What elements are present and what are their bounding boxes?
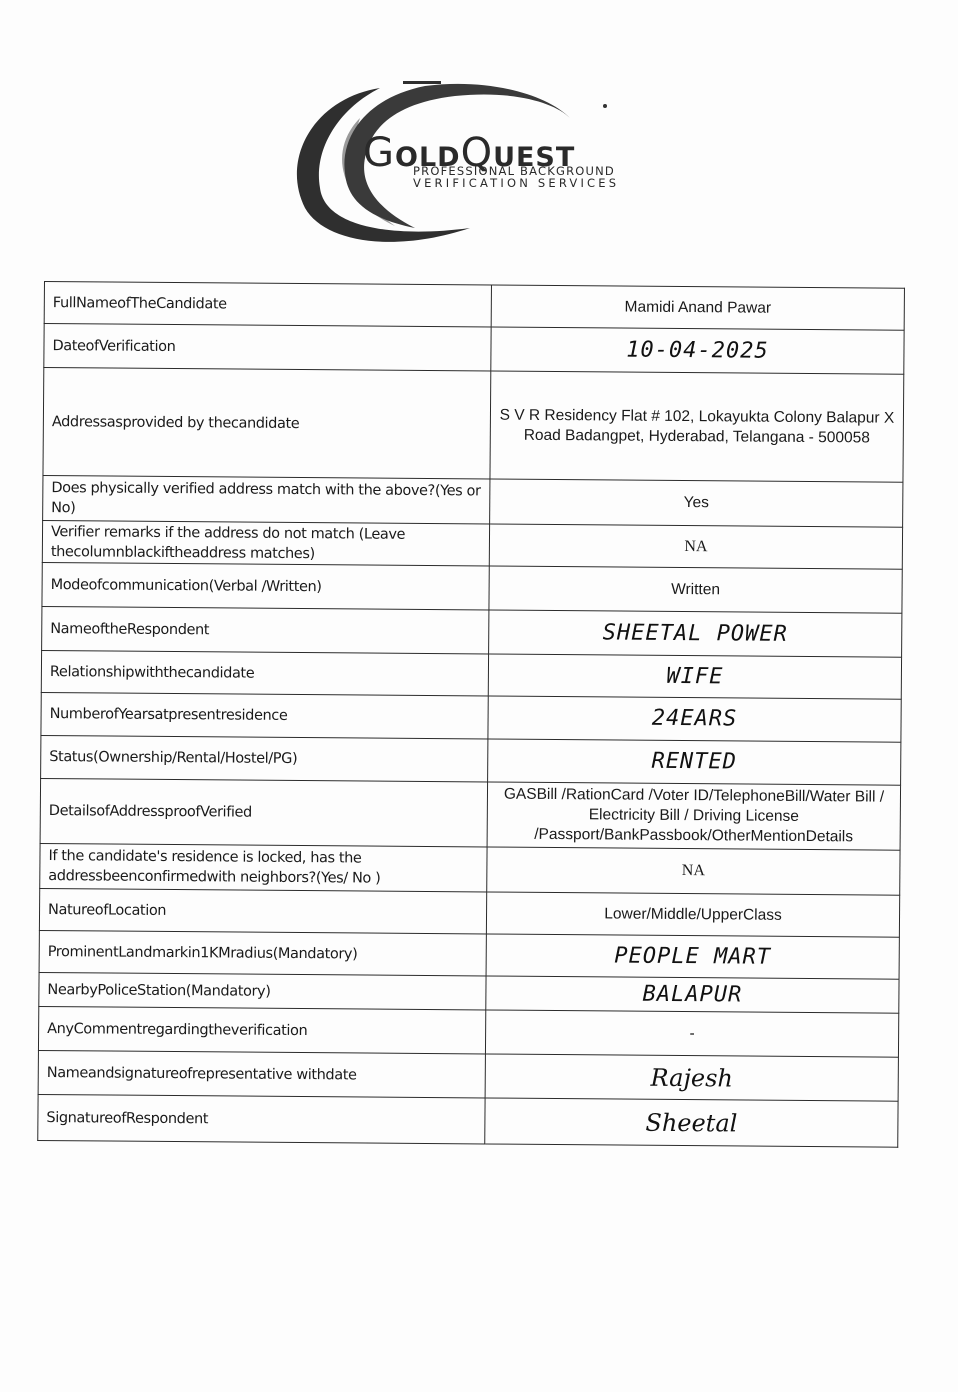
field-label: DetailsofAddressproofVerified — [40, 778, 487, 847]
field-label: Addressasprovided by thecandidate — [43, 368, 491, 480]
field-label: NearbyPoliceStation(Mandatory) — [39, 972, 486, 1010]
field-value: Yes — [490, 479, 903, 527]
field-label: If the candidate's residence is locked, … — [40, 843, 487, 892]
tagline-line-2: VERIFICATION SERVICES — [413, 176, 619, 190]
field-label: FullNameofTheCandidate — [44, 282, 491, 328]
field-value: 24EARS — [488, 696, 901, 742]
field-value: - — [485, 1010, 898, 1057]
field-value: BALAPUR — [486, 976, 899, 1013]
form-row: NameoftheRespondentSHEETAL POWER — [42, 606, 902, 657]
signature-value: Sheetal — [485, 1098, 898, 1147]
field-label: ProminentLandmarkin1KMradius(Mandatory) — [39, 930, 486, 976]
field-label: AnyCommentregardingtheverification — [38, 1006, 485, 1054]
form-row: Does physically verified address match w… — [43, 475, 903, 527]
form-row: FullNameofTheCandidateMamidi Anand Pawar — [44, 282, 904, 331]
form-row: Verifier remarks if the address do not m… — [42, 520, 902, 569]
field-value: WIFE — [488, 654, 901, 699]
field-value: Written — [489, 566, 902, 613]
form-row: AnyCommentregardingtheverification- — [38, 1006, 898, 1057]
field-label: DateofVerification — [44, 324, 491, 372]
form-row: Nameandsignatureofrepresentative withdat… — [38, 1050, 898, 1101]
field-value: SHEETAL POWER — [489, 610, 902, 657]
field-label: Verifier remarks if the address do not m… — [42, 520, 489, 566]
field-value: 10-04-2025 — [491, 327, 904, 374]
verification-form-table: FullNameofTheCandidateMamidi Anand Pawar… — [37, 281, 905, 1148]
field-label: NumberofYearsatpresentresidence — [41, 692, 488, 739]
field-value: GASBill /RationCard /Voter ID/TelephoneB… — [487, 782, 900, 850]
goldquest-logo: GOLDQUEST PROFESSIONAL BACKGROUND VERIFI… — [285, 78, 675, 248]
field-label: NameoftheRespondent — [42, 606, 489, 654]
field-label: Nameandsignatureofrepresentative withdat… — [38, 1050, 485, 1098]
form-row: DateofVerification10-04-2025 — [44, 324, 904, 375]
field-value: NA — [487, 847, 900, 895]
form-row: RelationshipwiththecandidateWIFE — [41, 650, 901, 699]
field-label: Status(Ownership/Rental/Hostel/PG) — [41, 735, 488, 782]
form-row: DetailsofAddressproofVerifiedGASBill /Ra… — [40, 778, 900, 850]
field-label: Modeofcommunication(Verbal /Written) — [42, 562, 489, 610]
form-row: SignatureofRespondentSheetal — [38, 1094, 898, 1147]
field-value: Mamidi Anand Pawar — [491, 285, 904, 330]
field-value: PEOPLE MART — [486, 934, 899, 979]
form-row: Addressasprovided by thecandidateS V R R… — [43, 368, 904, 483]
field-value: RENTED — [488, 739, 901, 785]
signature-value: Rajesh — [485, 1054, 898, 1101]
field-label: Relationshipwiththecandidate — [41, 650, 488, 696]
field-label: SignatureofRespondent — [38, 1094, 485, 1144]
form-row: NumberofYearsatpresentresidence24EARS — [41, 692, 901, 742]
field-label: Does physically verified address match w… — [43, 475, 490, 524]
form-row: NatureofLocationLower/Middle/UpperClass — [39, 888, 899, 937]
field-value: Lower/Middle/UpperClass — [486, 892, 899, 937]
form-row: Status(Ownership/Rental/Hostel/PG)RENTED — [41, 735, 901, 785]
form-row: ProminentLandmarkin1KMradius(Mandatory)P… — [39, 930, 899, 979]
field-label: NatureofLocation — [39, 888, 486, 934]
form-row: If the candidate's residence is locked, … — [40, 843, 900, 895]
form-row: Modeofcommunication(Verbal /Written)Writ… — [42, 562, 902, 613]
field-value: NA — [489, 524, 902, 569]
field-value: S V R Residency Flat # 102, Lokayukta Co… — [490, 371, 904, 482]
